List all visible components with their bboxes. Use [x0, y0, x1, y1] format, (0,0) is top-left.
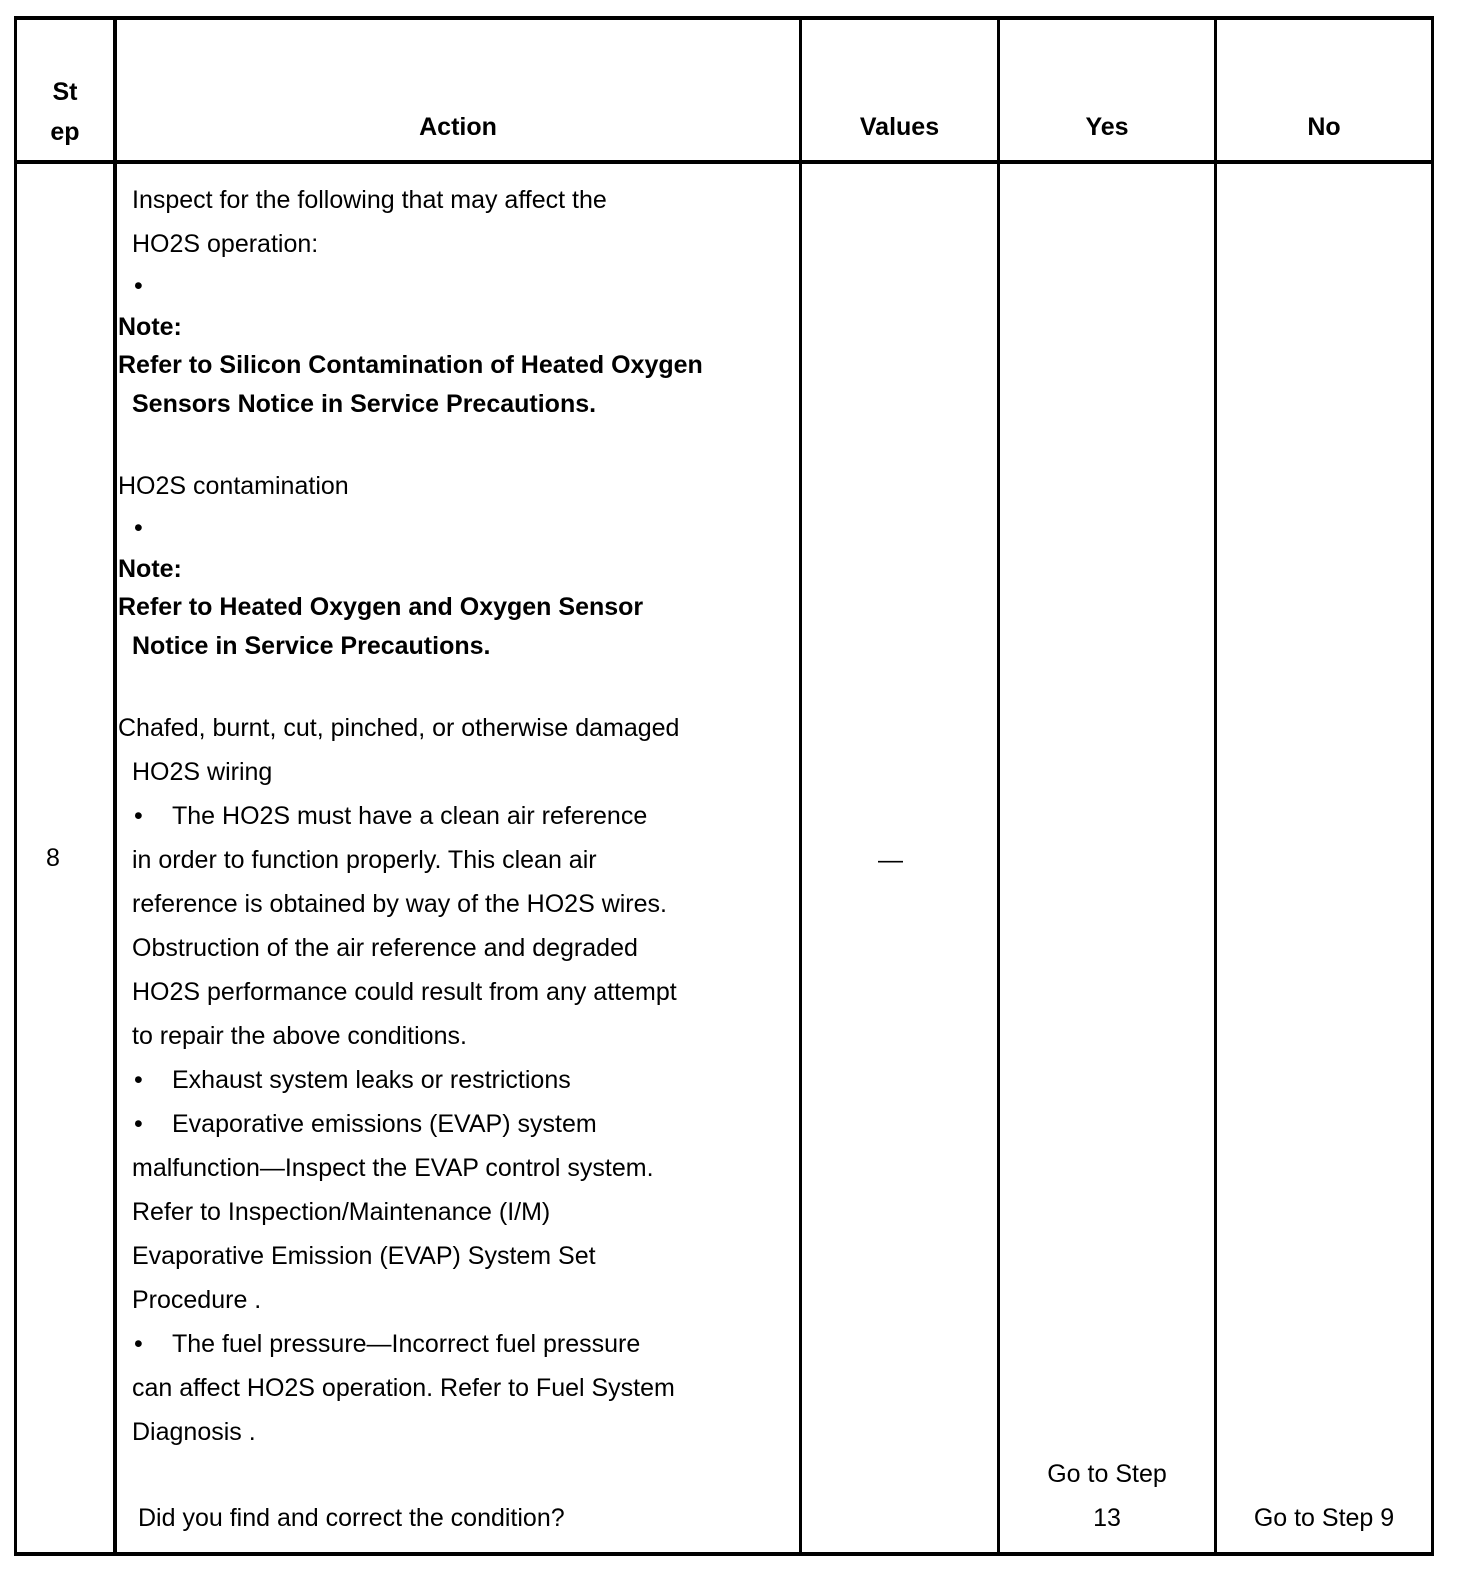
bullet-1-line-1: The HO2S must have a clean air reference [172, 794, 647, 838]
note-2-line-2[interactable]: Notice in Service Precautions. [132, 627, 490, 666]
bullet-marker: • [134, 1322, 143, 1366]
table-left-border [14, 16, 17, 1556]
note-1-label: Note: [118, 308, 182, 347]
action-intro-line-2: HO2S operation: [132, 222, 318, 266]
no-go-to-step[interactable]: Go to Step 9 [1217, 1496, 1431, 1540]
diagnostic-table: St ep Action Values Yes No 8 — Go to Ste… [14, 16, 1434, 1556]
bullet-3-line-3[interactable]: Refer to Inspection/Maintenance (I/M) [132, 1190, 550, 1234]
yes-go-to-step-line-2[interactable]: 13 [1000, 1496, 1214, 1540]
header-values: Values [802, 113, 997, 142]
bullet-marker: • [134, 1058, 143, 1102]
header-step-line-2: ep [17, 112, 113, 152]
header-step-line-1: St [17, 72, 113, 112]
header-step: St ep [17, 72, 113, 152]
values-cell: — [878, 838, 903, 882]
yes-go-to-step-line-1[interactable]: Go to Step [1000, 1452, 1214, 1496]
bullet-marker: • [134, 794, 143, 838]
table-right-border [1431, 16, 1434, 1556]
bullet-4-line-1: The fuel pressure—Incorrect fuel pressur… [172, 1322, 640, 1366]
column-divider-values [997, 16, 1000, 1556]
action-intro-line-1: Inspect for the following that may affec… [132, 178, 607, 222]
note-2-label: Note: [118, 550, 182, 589]
header-bottom-border [14, 160, 1434, 164]
note-1-line-1[interactable]: Refer to Silicon Contamination of Heated… [118, 346, 703, 385]
note-2-line-1[interactable]: Refer to Heated Oxygen and Oxygen Sensor [118, 588, 643, 627]
bullet-1-line-3: reference is obtained by way of the HO2S… [132, 882, 667, 926]
note-1-line-2[interactable]: Sensors Notice in Service Precautions. [132, 385, 596, 424]
item-ho2s-contamination: HO2S contamination [118, 464, 349, 508]
action-question: Did you find and correct the condition? [138, 1496, 565, 1540]
bullet-4-line-3[interactable]: Diagnosis . [132, 1410, 256, 1454]
header-action: Action [117, 113, 799, 142]
bullet-1-line-2: in order to function properly. This clea… [132, 838, 597, 882]
header-no: No [1217, 113, 1431, 142]
step-number: 8 [46, 836, 60, 880]
bullet-3-line-2: malfunction—Inspect the EVAP control sys… [132, 1146, 654, 1190]
item-damaged-wiring-line-2: HO2S wiring [132, 750, 272, 794]
bullet-1-line-4: Obstruction of the air reference and deg… [132, 926, 638, 970]
column-divider-yes [1214, 16, 1217, 1556]
table-bottom-border [14, 1552, 1434, 1556]
column-divider-action [799, 16, 802, 1556]
header-yes: Yes [1000, 113, 1214, 142]
item-damaged-wiring-line-1: Chafed, burnt, cut, pinched, or otherwis… [118, 706, 679, 750]
bullet-4-line-2[interactable]: can affect HO2S operation. Refer to Fuel… [132, 1366, 675, 1410]
bullet-1-line-5: HO2S performance could result from any a… [132, 970, 677, 1014]
bullet-1-line-6: to repair the above conditions. [132, 1014, 467, 1058]
bullet-3-line-1: Evaporative emissions (EVAP) system [172, 1102, 597, 1146]
bullet-marker: • [134, 506, 143, 550]
bullet-3-line-5[interactable]: Procedure . [132, 1278, 261, 1322]
bullet-marker: • [134, 1102, 143, 1146]
bullet-marker: • [134, 264, 143, 308]
bullet-2-line-1: Exhaust system leaks or restrictions [172, 1058, 571, 1102]
bullet-3-line-4[interactable]: Evaporative Emission (EVAP) System Set [132, 1234, 596, 1278]
table-top-border [14, 16, 1434, 20]
column-divider-step [113, 16, 117, 1556]
